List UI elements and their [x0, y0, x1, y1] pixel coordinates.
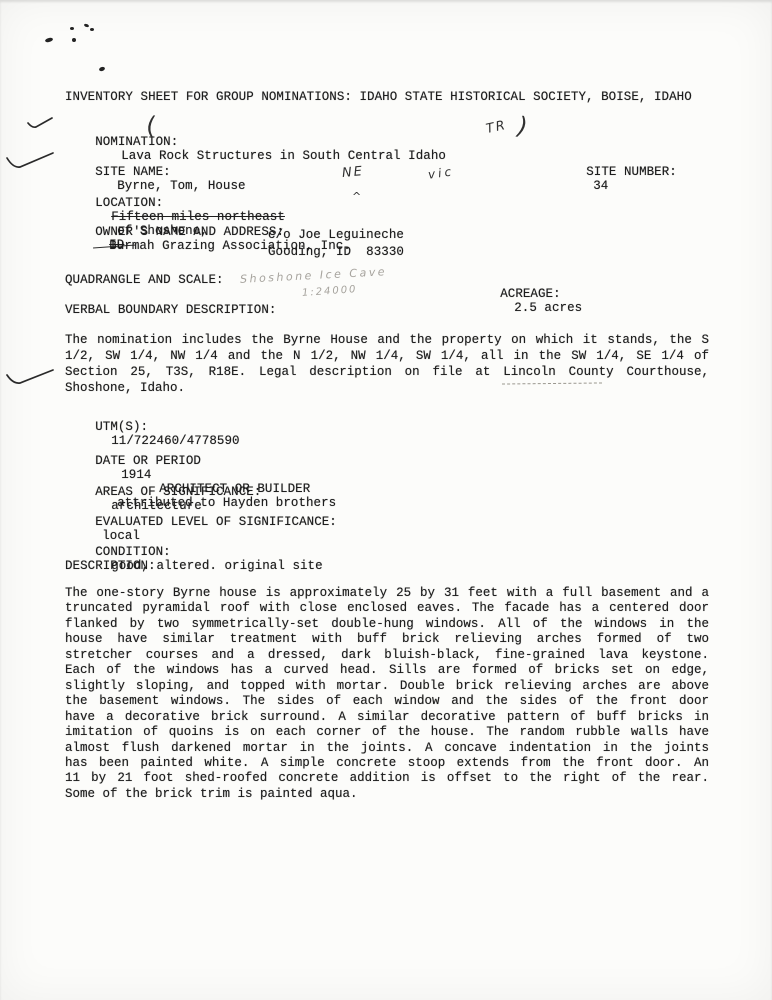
- site-number-row: SITE NUMBER: 34: [556, 151, 677, 207]
- checkmark-boundary: [5, 366, 55, 388]
- date-label: DATE OR PERIOD: [95, 454, 201, 468]
- handwritten-vic: vic: [427, 164, 455, 181]
- ink-speck: [98, 66, 105, 72]
- nomination-label: NOMINATION:: [95, 135, 178, 149]
- boundary-line: The nomination includes the Byrne House …: [65, 332, 709, 348]
- handwritten-paren-close: ): [517, 112, 529, 141]
- description-line: stretcher courses and a dressed, dark bl…: [65, 648, 709, 663]
- inventory-sheet-page: INVENTORY SHEET FOR GROUP NOMINATIONS: I…: [0, 0, 772, 1000]
- ink-speck: [45, 37, 54, 43]
- description-line: Each of the windows has a curved head. S…: [65, 663, 709, 678]
- description-line: have a decorative brick surround. A simi…: [65, 710, 709, 725]
- ink-speck: [70, 27, 74, 30]
- verbal-boundary-label: VERBAL BOUNDARY DESCRIPTION:: [65, 303, 276, 317]
- boundary-line: 1/2, SW 1/4, NW 1/4 and the N 1/2, NW 1/…: [65, 348, 709, 364]
- location-label: LOCATION:: [95, 196, 163, 210]
- acreage-value: 2.5 acres: [514, 301, 582, 315]
- boundary-line: Section 25, T3S, R18E. Legal description…: [65, 364, 709, 380]
- description-line: flanked by two symmetrically-set double-…: [65, 617, 709, 632]
- checkmark-site-name: [5, 148, 55, 172]
- site-name-label: SITE NAME:: [95, 165, 171, 179]
- acreage-label: ACREAGE:: [500, 287, 560, 301]
- description-label: DESCRIPTION:: [65, 559, 156, 573]
- handwritten-quadrangle: Shoshone Ice Cave: [240, 265, 388, 286]
- handwritten-paren-open: (: [145, 112, 157, 141]
- description-line: truncated pyramidal roof with close encl…: [65, 601, 709, 616]
- handwritten-ne: NE: [341, 164, 364, 181]
- description-line: imitation of quoins is on each corner of…: [65, 725, 709, 740]
- condition-label: CONDITION:: [95, 545, 171, 559]
- acreage-row: ACREAGE: 2.5 acres: [470, 273, 582, 329]
- quadrangle-label: QUADRANGLE AND SCALE:: [65, 273, 224, 287]
- ink-speck: [90, 28, 94, 31]
- boundary-line: Shoshone, Idaho.: [65, 380, 709, 396]
- site-number-value: 34: [593, 179, 608, 193]
- description-line: almost flush darkened mortar in the join…: [65, 741, 709, 756]
- owner-line2: c/o Joe Leguineche: [268, 228, 404, 242]
- site-number-label: SITE NUMBER:: [586, 165, 677, 179]
- handwritten-scale: 1:24000: [302, 284, 358, 299]
- owner-label: OWNER'S NAME AND ADDRESS:: [95, 225, 284, 239]
- description-line: slightly sloping, and topped with mortar…: [65, 679, 709, 694]
- page-title: INVENTORY SHEET FOR GROUP NOMINATIONS: I…: [65, 90, 692, 104]
- description-paragraph: The one-story Byrne house is approximate…: [65, 586, 709, 802]
- checkmark-nomination: [26, 115, 54, 131]
- description-line: the basement windows. The sides of each …: [65, 694, 709, 709]
- description-line: has been painted white. A simple concret…: [65, 756, 709, 771]
- ink-speck: [72, 38, 76, 42]
- areas-label: AREAS OF SIGNIFICANCE:: [95, 485, 261, 499]
- handwritten-caret: ^: [352, 190, 361, 203]
- utm-label: UTM(S):: [95, 420, 148, 434]
- description-line: house have similar treatment with buff b…: [65, 632, 709, 647]
- description-line: The one-story Byrne house is approximate…: [65, 586, 709, 601]
- owner-line3: Gooding, ID 83330: [268, 245, 404, 259]
- description-line: Some of the brick trim is painted aqua.: [65, 787, 709, 802]
- verbal-boundary-paragraph: The nomination includes the Byrne House …: [65, 332, 709, 396]
- handwritten-tr: TR: [485, 118, 509, 137]
- description-line: 11 by 21 foot shed-roofed concrete addit…: [65, 771, 709, 786]
- evaluated-label: EVALUATED LEVEL OF SIGNIFICANCE:: [95, 515, 337, 529]
- ink-speck: [84, 23, 90, 28]
